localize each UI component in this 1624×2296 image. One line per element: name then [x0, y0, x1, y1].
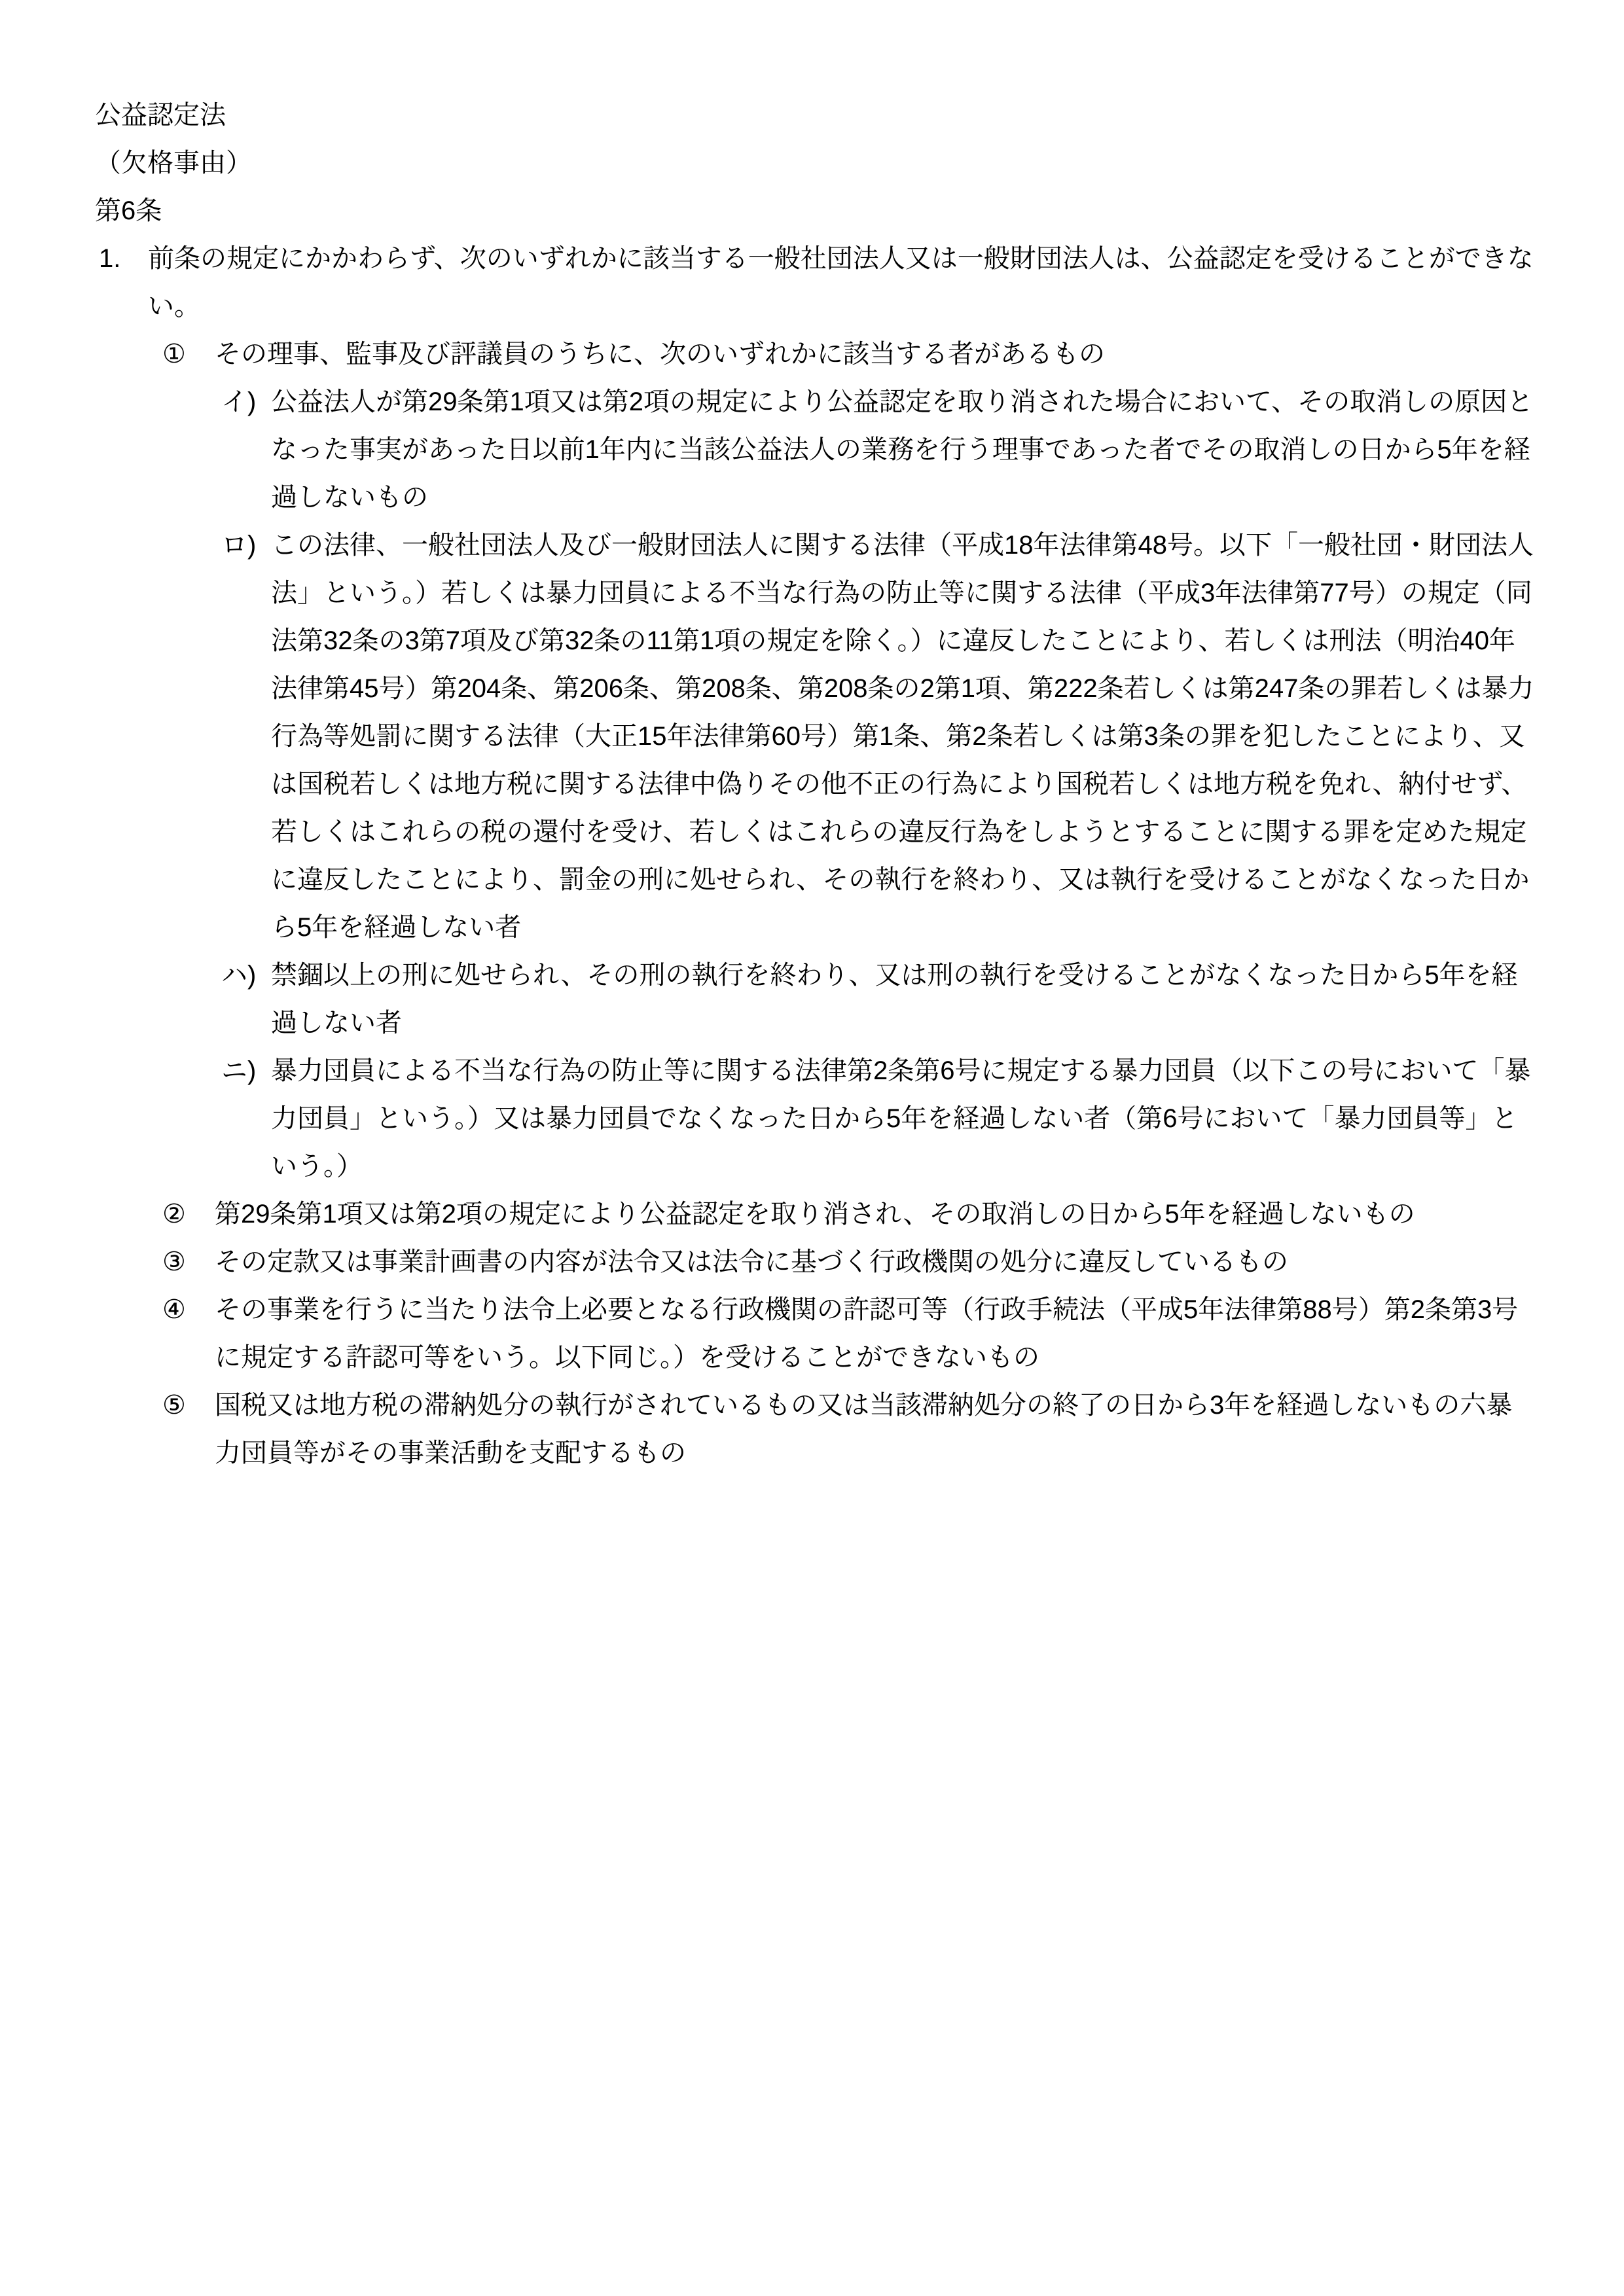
subitem-ni-text: 暴力団員による不当な行為の防止等に関する法律第2条第6号に規定する暴力団員（以下… — [271, 1047, 1536, 1191]
subitem-ni-marker: ニ) — [215, 1047, 271, 1095]
subitem-i-text: 公益法人が第29条第1項又は第2項の規定により公益認定を取り消された場合において… — [271, 378, 1536, 522]
item-4-text: その事業を行うに当たり法令上必要となる行政機関の許認可等（行政手続法（平成5年法… — [215, 1286, 1536, 1382]
item-3-text: その定款又は事業計画書の内容が法令又は法令に基づく行政機関の処分に違反しているも… — [215, 1238, 1536, 1286]
document-page: 公益認定法 （欠格事由） 第6条 1. 前条の規定にかかわらず、次のいずれかに該… — [0, 0, 1624, 2296]
item-1-text: その理事、監事及び評議員のうちに、次のいずれかに該当する者があるもの — [215, 331, 1536, 378]
item-4-marker: ④ — [148, 1286, 215, 1334]
item-2-marker: ② — [148, 1191, 215, 1238]
subitem-ni: ニ) 暴力団員による不当な行為の防止等に関する法律第2条第6号に規定する暴力団員… — [215, 1047, 1536, 1191]
subitem-ro: ロ) この法律、一般社団法人及び一般財団法人に関する法律（平成18年法律第48号… — [215, 522, 1536, 952]
paragraph-text: 前条の規定にかかわらず、次のいずれかに該当する一般社団法人又は一般財団法人は、公… — [148, 235, 1536, 331]
item-4: ④ その事業を行うに当たり法令上必要となる行政機関の許認可等（行政手続法（平成5… — [148, 1286, 1536, 1382]
item-1: ① その理事、監事及び評議員のうちに、次のいずれかに該当する者があるもの イ) … — [148, 331, 1536, 1191]
subitem-ha: ハ) 禁錮以上の刑に処せられ、その刑の執行を終わり、又は刑の執行を受けることがな… — [215, 952, 1536, 1047]
doc-title: 公益認定法 — [95, 92, 1536, 139]
doc-subtitle: （欠格事由） — [95, 139, 1536, 187]
subitem-ha-marker: ハ) — [215, 952, 271, 999]
subitem-i: イ) 公益法人が第29条第1項又は第2項の規定により公益認定を取り消された場合に… — [215, 378, 1536, 522]
subitem-i-marker: イ) — [215, 378, 271, 426]
paragraph-number: 1. — [95, 235, 148, 283]
paragraph-1: 1. 前条の規定にかかわらず、次のいずれかに該当する一般社団法人又は一般財団法人… — [95, 235, 1536, 1477]
item-3: ③ その定款又は事業計画書の内容が法令又は法令に基づく行政機関の処分に違反してい… — [148, 1238, 1536, 1286]
item-5-text: 国税又は地方税の滞納処分の執行がされているもの又は当該滞納処分の終了の日から3年… — [215, 1382, 1536, 1477]
item-1-marker: ① — [148, 331, 215, 378]
item-5-marker: ⑤ — [148, 1382, 215, 1429]
item-5: ⑤ 国税又は地方税の滞納処分の執行がされているもの又は当該滞納処分の終了の日から… — [148, 1382, 1536, 1477]
subitem-ha-text: 禁錮以上の刑に処せられ、その刑の執行を終わり、又は刑の執行を受けることがなくなっ… — [271, 952, 1536, 1047]
item-3-marker: ③ — [148, 1238, 215, 1286]
subitem-ro-marker: ロ) — [215, 522, 271, 569]
item-2: ② 第29条第1項又は第2項の規定により公益認定を取り消され、その取消しの日から… — [148, 1191, 1536, 1238]
subitem-ro-text: この法律、一般社団法人及び一般財団法人に関する法律（平成18年法律第48号。以下… — [271, 522, 1536, 952]
article-number: 第6条 — [95, 187, 1536, 235]
item-2-text: 第29条第1項又は第2項の規定により公益認定を取り消され、その取消しの日から5年… — [215, 1191, 1536, 1238]
